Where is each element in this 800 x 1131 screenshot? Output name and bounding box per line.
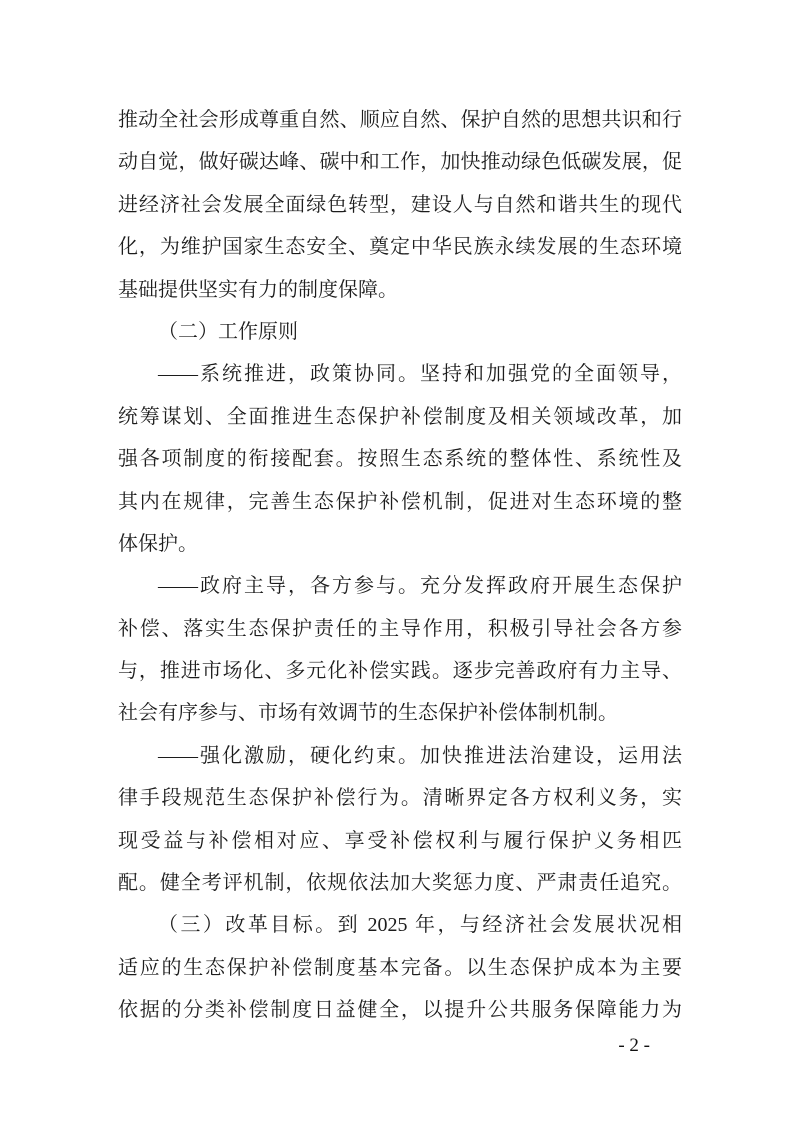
document-text: 推动全社会形成尊重自然、顺应自然、保护自然的思想共识和行动自觉，做好碳达峰、碳中…: [118, 99, 682, 1032]
text-line: 社会有序参与、市场有效调节的生态保护补偿体制机制。: [118, 692, 682, 734]
text-line: 适应的生态保护补偿制度基本完备。以生态保护成本为主要: [118, 947, 682, 989]
paragraph-lead-in: ——系统推进，政策协同。: [158, 363, 420, 385]
paragraph-lead-in: ——强化激励，硬化约束。: [158, 745, 420, 767]
text-line: 基础提供坚实有力的制度保障。: [118, 269, 682, 311]
text-line: 动自觉，做好碳达峰、碳中和工作，加快推动绿色低碳发展，促: [118, 141, 682, 183]
paragraph-lead-in: ——政府主导，各方参与。: [158, 575, 420, 597]
paragraph-lead-in: （三）改革目标。: [158, 914, 338, 936]
line-text: 到 2025 年，与经济社会发展状况相: [338, 914, 682, 936]
line-text: 加快推进法治建设，运用法: [420, 745, 682, 767]
text-line: 其内在规律，完善生态保护补偿机制，促进对生态环境的整: [118, 481, 682, 523]
text-line: ——政府主导，各方参与。充分发挥政府开展生态保护: [118, 565, 682, 607]
text-line: 律手段规范生态保护补偿行为。清晰界定各方权利义务，实: [118, 777, 682, 819]
text-line: 强各项制度的衔接配套。按照生态系统的整体性、系统性及: [118, 438, 682, 480]
page-number: - 2 -: [618, 1036, 650, 1056]
text-line: 统筹谋划、全面推进生态保护补偿制度及相关领域改革，加: [118, 396, 682, 438]
section-heading: （二）工作原则: [118, 311, 682, 353]
text-line: 化，为维护国家生态安全、奠定中华民族永续发展的生态环境: [118, 226, 682, 268]
text-line: 体保护。: [118, 523, 682, 565]
text-line: 配。健全考评机制，依规依法加大奖惩力度、严肃责任追究。: [118, 862, 682, 904]
line-text: 坚持和加强党的全面领导，: [420, 363, 682, 385]
text-line: 进经济社会发展全面绿色转型，建设人与自然和谐共生的现代: [118, 184, 682, 226]
line-text: 充分发挥政府开展生态保护: [420, 575, 682, 597]
text-line: ——系统推进，政策协同。坚持和加强党的全面领导，: [118, 353, 682, 395]
text-line: 与，推进市场化、多元化补偿实践。逐步完善政府有力主导、: [118, 650, 682, 692]
text-line: 现受益与补偿相对应、享受补偿权利与履行保护义务相匹: [118, 820, 682, 862]
text-line: 补偿、落实生态保护责任的主导作用，积极引导社会各方参: [118, 608, 682, 650]
text-line: （三）改革目标。到 2025 年，与经济社会发展状况相: [118, 904, 682, 946]
text-line: 依据的分类补偿制度日益健全，以提升公共服务保障能力为: [118, 989, 682, 1031]
text-line: 推动全社会形成尊重自然、顺应自然、保护自然的思想共识和行: [118, 99, 682, 141]
text-line: ——强化激励，硬化约束。加快推进法治建设，运用法: [118, 735, 682, 777]
document-page: 推动全社会形成尊重自然、顺应自然、保护自然的思想共识和行动自觉，做好碳达峰、碳中…: [0, 0, 800, 1131]
